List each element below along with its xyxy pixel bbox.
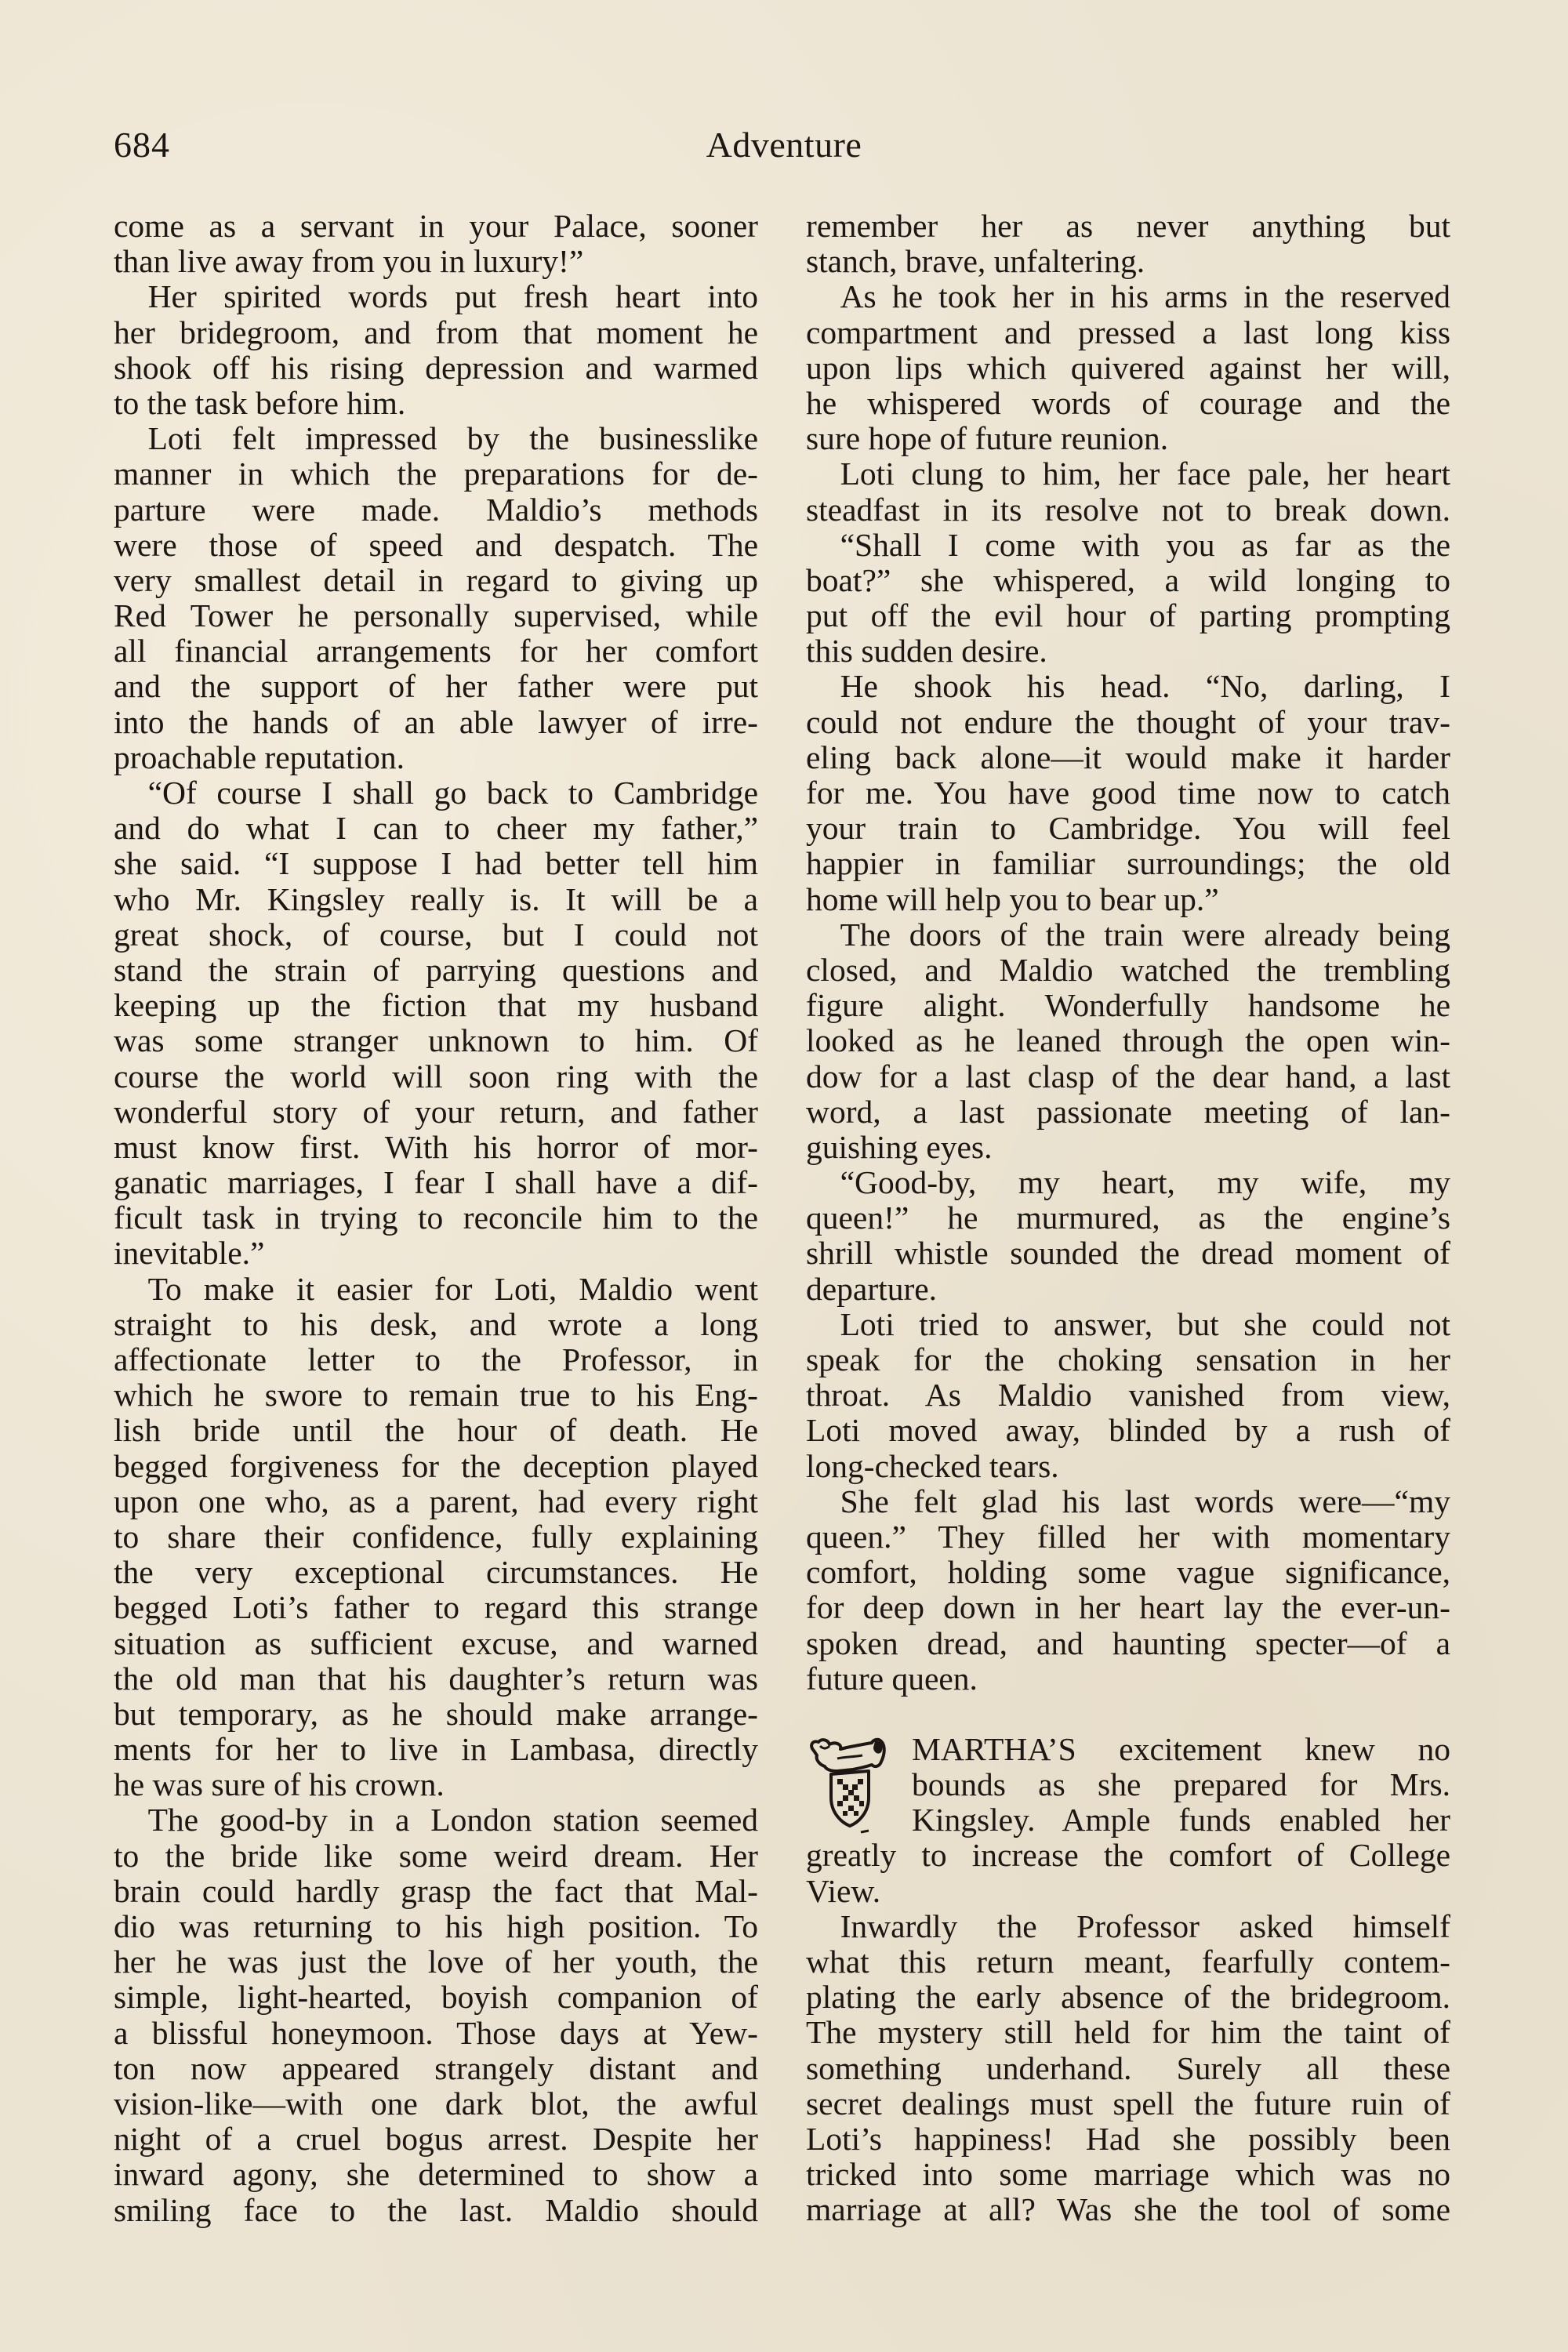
text-line: Loti’s happiness! Had she possibly been	[806, 2122, 1450, 2157]
text-line: who Mr. Kingsley really is. It will be a	[114, 882, 758, 917]
text-line: night of a cruel bogus arrest. Despite h…	[114, 2122, 758, 2157]
text-line: plating the early absence of the bridegr…	[806, 1980, 1450, 2015]
text-line: Loti felt impressed by the businesslike	[114, 421, 758, 456]
text-line: comfort, holding some vague significance…	[806, 1555, 1450, 1590]
text-line: throat. As Maldio vanished from view,	[806, 1377, 1450, 1413]
section-break	[806, 1697, 1450, 1732]
text-line: to the bride like some weird dream. Her	[114, 1838, 758, 1874]
text-line: steadfast in its resolve not to break do…	[806, 492, 1450, 528]
text-line: ments for her to live in Lambasa, direct…	[114, 1732, 758, 1767]
text-line: simple, light-hearted, boyish companion …	[114, 1980, 758, 2015]
text-line: guishing eyes.	[806, 1130, 1450, 1165]
text-line: ganatic marriages, I fear I shall have a…	[114, 1165, 758, 1200]
text-line: As he took her in his arms in the reserv…	[806, 279, 1450, 314]
text-line: She felt glad his last words were—“my	[806, 1484, 1450, 1519]
right-column: remember her as never anything butstanch…	[806, 209, 1450, 2228]
text-line: which he swore to remain true to his Eng…	[114, 1377, 758, 1413]
text-line: stand the strain of parrying questions a…	[114, 953, 758, 988]
text-line: dow for a last clasp of the dear hand, a…	[806, 1059, 1450, 1094]
text-line: begged Loti’s father to regard this stra…	[114, 1590, 758, 1625]
text-line: manner in which the preparations for de-	[114, 456, 758, 492]
text-line: for deep down in her heart lay the ever-…	[806, 1590, 1450, 1625]
text-line: Kingsley. Ample funds enabled her	[806, 1802, 1450, 1838]
text-line: “Of course I shall go back to Cambridge	[114, 775, 758, 811]
text-line: Red Tower he personally supervised, whil…	[114, 598, 758, 633]
text-line: secret dealings must spell the future ru…	[806, 2086, 1450, 2122]
text-line: long-checked tears.	[806, 1449, 1450, 1484]
text-line: parture were made. Maldio’s methods	[114, 492, 758, 528]
text-line: he was sure of his crown.	[114, 1767, 758, 1802]
text-line: sure hope of future reunion.	[806, 421, 1450, 456]
text-line: straight to his desk, and wrote a long	[114, 1307, 758, 1342]
text-line: a blissful honeymoon. Those days at Yew-	[114, 2016, 758, 2051]
text-line: MARTHA’S excitement knew no	[806, 1732, 1450, 1767]
text-line: The doors of the train were already bein…	[806, 917, 1450, 953]
heraldic-shield-ornament-icon	[806, 1735, 902, 1837]
text-line: Loti clung to him, her face pale, her he…	[806, 456, 1450, 492]
text-line: inward agony, she determined to show a	[114, 2157, 758, 2192]
text-line: future queen.	[806, 1661, 1450, 1697]
text-line: happier in familiar surroundings; the ol…	[806, 846, 1450, 881]
text-line: ficult task in trying to reconcile him t…	[114, 1200, 758, 1236]
text-line: queen!” he murmured, as the engine’s	[806, 1200, 1450, 1236]
text-line: inevitable.”	[114, 1236, 758, 1271]
text-line: keeping up the fiction that my husband	[114, 988, 758, 1023]
text-line: To make it easier for Loti, Maldio went	[114, 1272, 758, 1307]
text-line: remember her as never anything but	[806, 209, 1450, 244]
text-line: lish bride until the hour of death. He	[114, 1413, 758, 1448]
text-line: situation as sufficient excuse, and warn…	[114, 1626, 758, 1661]
text-line: greatly to increase the comfort of Colle…	[806, 1838, 1450, 1873]
text-line: spoken dread, and haunting specter—of a	[806, 1626, 1450, 1661]
text-line: to the task before him.	[114, 386, 758, 421]
text-line: all financial arrangements for her comfo…	[114, 633, 758, 669]
running-title: Adventure	[114, 122, 1454, 169]
text-line: shook off his rising depression and warm…	[114, 350, 758, 386]
text-line: affectionate letter to the Professor, in	[114, 1342, 758, 1377]
text-line: tricked into some marriage which was no	[806, 2157, 1450, 2192]
text-line: compartment and pressed a last long kiss	[806, 315, 1450, 350]
text-line: vision-like—with one dark blot, the awfu…	[114, 2086, 758, 2122]
text-line: smiling face to the last. Maldio should	[114, 2193, 758, 2228]
text-line: eling back alone—it would make it harder	[806, 740, 1450, 775]
text-line: could not endure the thought of your tra…	[806, 705, 1450, 740]
text-line: she said. “I suppose I had better tell h…	[114, 846, 758, 881]
text-line: he whispered words of courage and the	[806, 386, 1450, 421]
text-line: queen.” They filled her with momentary	[806, 1519, 1450, 1555]
text-line: figure alight. Wonderfully handsome he	[806, 988, 1450, 1023]
text-line: speak for the choking sensation in her	[806, 1342, 1450, 1377]
text-line: her bridegroom, and from that moment he	[114, 315, 758, 350]
text-line: Loti moved away, blinded by a rush of	[806, 1413, 1450, 1448]
text-line: upon lips which quivered against her wil…	[806, 350, 1450, 386]
text-line: marriage at all? Was she the tool of som…	[806, 2192, 1450, 2227]
text-line: The good-by in a London station seemed	[114, 1802, 758, 1838]
text-line: Inwardly the Professor asked himself	[806, 1909, 1450, 1944]
running-head: 684 Adventure	[114, 122, 1454, 169]
text-line: Loti tried to answer, but she could not	[806, 1307, 1450, 1342]
text-line: upon one who, as a parent, had every rig…	[114, 1484, 758, 1519]
text-line: proachable reputation.	[114, 740, 758, 775]
text-line: to share their confidence, fully explain…	[114, 1519, 758, 1555]
text-line: this sudden desire.	[806, 633, 1450, 669]
text-line: word, a last passionate meeting of lan-	[806, 1094, 1450, 1130]
text-line: dio was returning to his high position. …	[114, 1909, 758, 1944]
text-line: closed, and Maldio watched the trembling	[806, 953, 1450, 988]
text-line: bounds as she prepared for Mrs.	[806, 1767, 1450, 1802]
right-column-before-break: remember her as never anything butstanch…	[806, 209, 1450, 1697]
text-line: come as a servant in your Palace, sooner	[114, 209, 758, 244]
text-line: He shook his head. “No, darling, I	[806, 669, 1450, 704]
text-line: the very exceptional circumstances. He	[114, 1555, 758, 1590]
text-line: were those of speed and despatch. The	[114, 528, 758, 563]
text-line: for me. You have good time now to catch	[806, 775, 1450, 811]
text-line: great shock, of course, but I could not	[114, 917, 758, 953]
text-line: Her spirited words put fresh heart into	[114, 279, 758, 314]
text-line: departure.	[806, 1272, 1450, 1307]
text-line: wonderful story of your return, and fath…	[114, 1094, 758, 1130]
text-line: shrill whistle sounded the dread moment …	[806, 1236, 1450, 1271]
text-line: something underhand. Surely all these	[806, 2051, 1450, 2086]
text-line: course the world will soon ring with the	[114, 1059, 758, 1094]
text-line: “Shall I come with you as far as the	[806, 528, 1450, 563]
text-line: than live away from you in luxury!”	[114, 244, 758, 279]
text-line: but temporary, as he should make arrange…	[114, 1697, 758, 1732]
section-opening: MARTHA’S excitement knew nobounds as she…	[806, 1732, 1450, 2228]
text-line: stanch, brave, unfaltering.	[806, 244, 1450, 279]
text-line: must know first. With his horror of mor-	[114, 1130, 758, 1165]
text-line: The mystery still held for him the taint…	[806, 2015, 1450, 2050]
right-column-after-break: MARTHA’S excitement knew nobounds as she…	[806, 1732, 1450, 2228]
text-line: very smallest detail in regard to giving…	[114, 563, 758, 598]
text-line: what this return meant, fearfully contem…	[806, 1944, 1450, 1980]
text-line: into the hands of an able lawyer of irre…	[114, 705, 758, 740]
text-line: the old man that his daughter’s return w…	[114, 1661, 758, 1697]
text-line: her he was just the love of her youth, t…	[114, 1944, 758, 1980]
text-line: brain could hardly grasp the fact that M…	[114, 1874, 758, 1909]
text-line: ton now appeared strangely distant and	[114, 2051, 758, 2086]
text-line: was some stranger unknown to him. Of	[114, 1023, 758, 1058]
text-line: begged forgiveness for the deception pla…	[114, 1449, 758, 1484]
text-line: your train to Cambridge. You will feel	[806, 811, 1450, 846]
text-line: View.	[806, 1874, 1450, 1909]
text-line: looked as he leaned through the open win…	[806, 1023, 1450, 1058]
text-line: and the support of her father were put	[114, 669, 758, 704]
text-line: “Good-by, my heart, my wife, my	[806, 1165, 1450, 1200]
text-line: put off the evil hour of parting prompti…	[806, 598, 1450, 633]
book-page: 684 Adventure come as a servant in your …	[0, 0, 1568, 2352]
text-line: home will help you to bear up.”	[806, 882, 1450, 917]
left-column: come as a servant in your Palace, sooner…	[114, 209, 758, 2228]
text-line: boat?” she whispered, a wild longing to	[806, 563, 1450, 598]
text-line: and do what I can to cheer my father,”	[114, 811, 758, 846]
